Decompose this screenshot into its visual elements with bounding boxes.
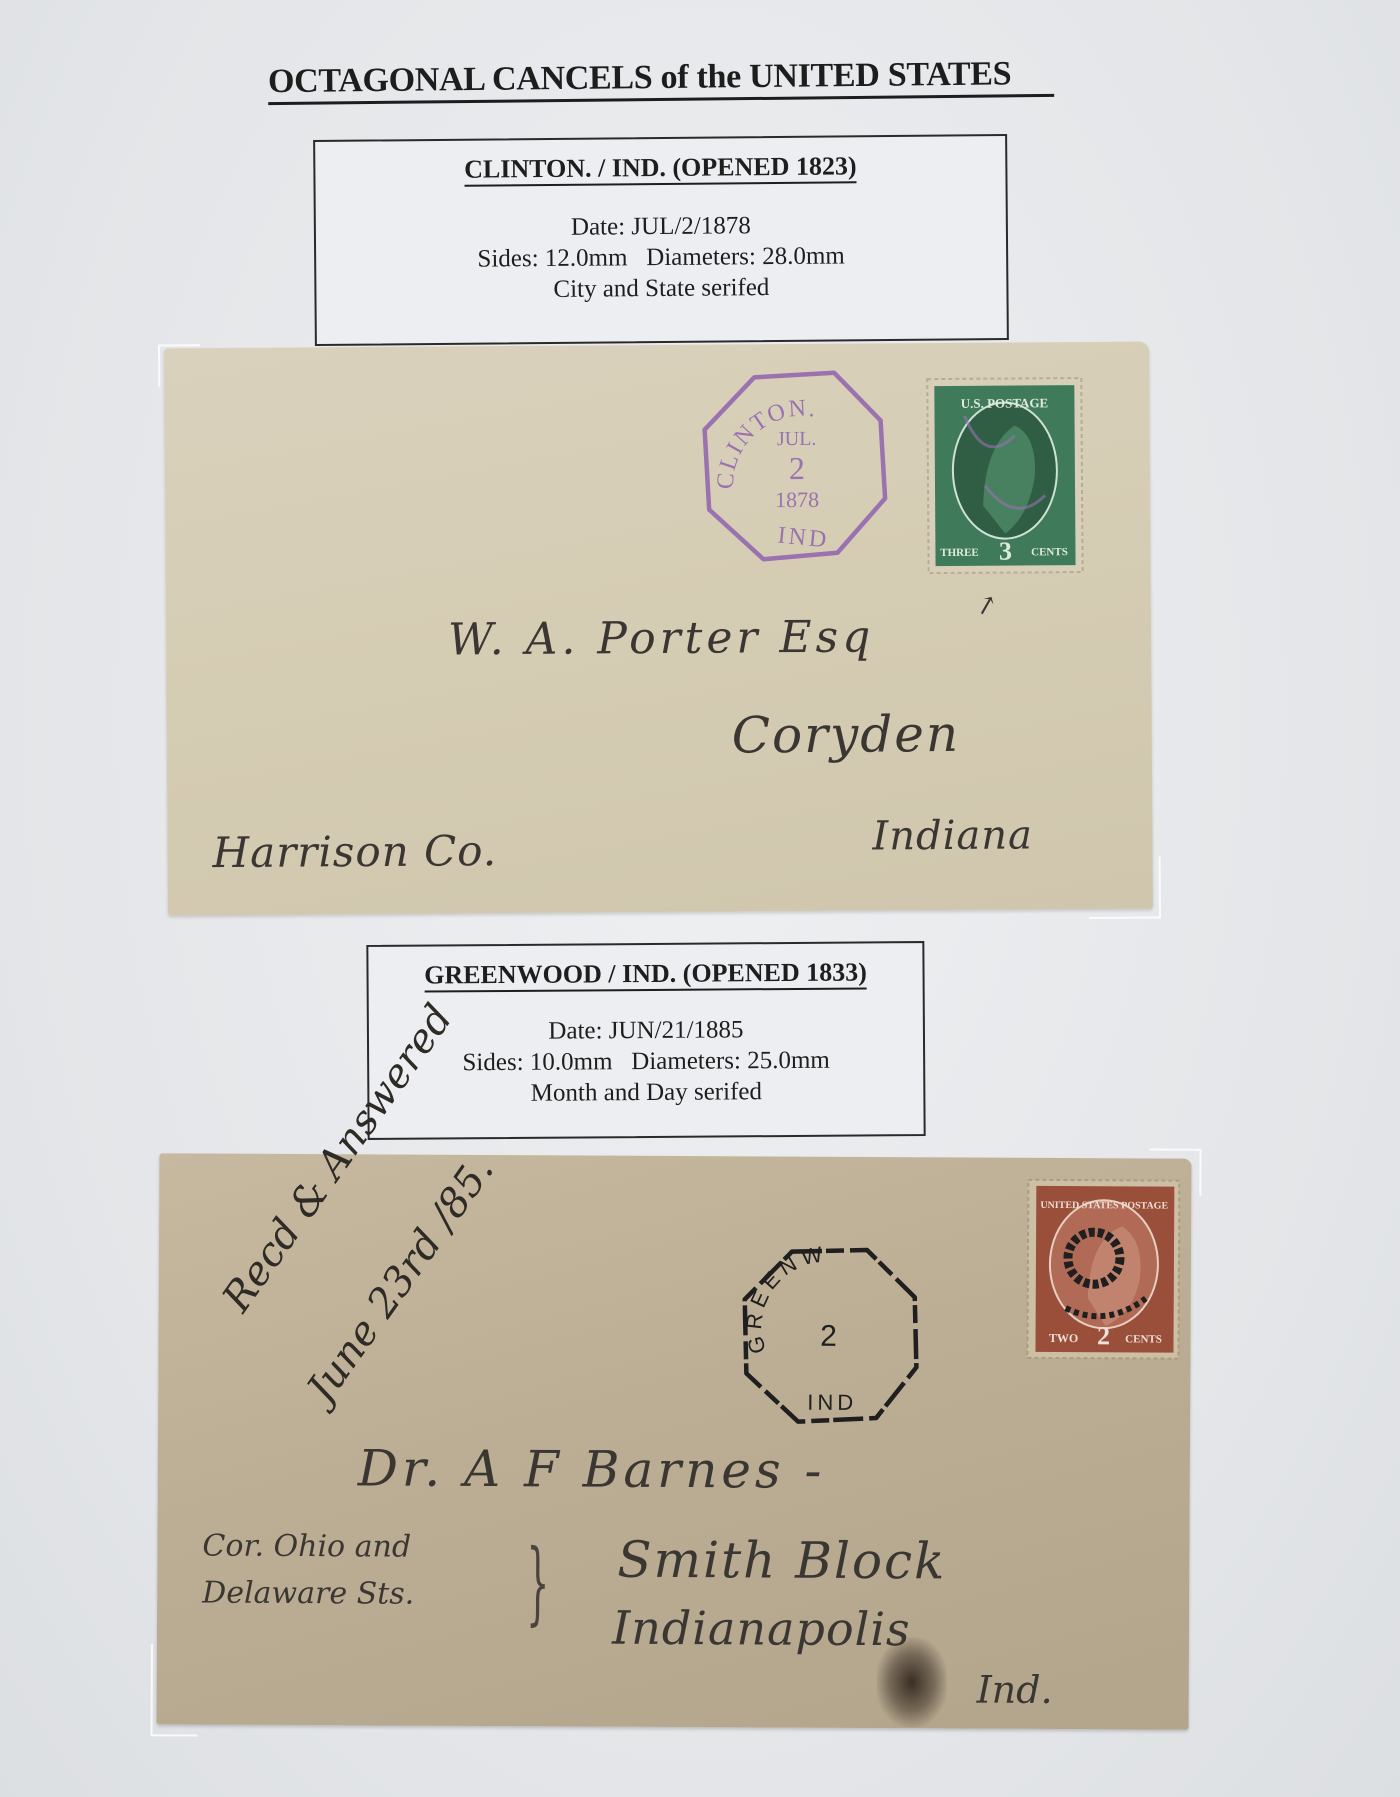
address-line-3: Indianapolis [612,1601,911,1657]
mount-corner [1089,857,1161,920]
svg-text:TWO: TWO [1049,1331,1078,1345]
address-county: Harrison Co. [212,826,497,877]
brace-mark: } [526,1530,549,1635]
cancel-state: IND [777,523,831,554]
octagonal-cancel: CLINTON. JUL. 2 1878 IND [684,368,905,570]
mount-corner [158,344,200,386]
stamp-two-cents: UNITED STATES POSTAGE TWO 2 CENTS [1025,1178,1181,1361]
cancel-note: City and State serifed [316,270,1006,307]
octagonal-cancel: GREENW 2 IND [736,1241,927,1427]
svg-text:CENTS: CENTS [1031,546,1068,558]
address-line-3: Indiana [872,812,1033,859]
cover-header: CLINTON. / IND. (OPENED 1823) [464,151,857,186]
svg-text:GREENW: GREENW [741,1241,829,1356]
address-side-line-2: Delaware Sts. [202,1576,414,1612]
pencil-arrow: → [968,589,1005,623]
mount-corner [150,1644,197,1736]
stamp-top-text: U.S. POSTAGE [961,395,1049,411]
cancel-year: 1878 [775,487,819,512]
svg-text:CENTS: CENTS [1125,1333,1162,1345]
page-title: OCTAGONAL CANCELS of the UNITED STATES [268,54,1054,105]
stamp-top-text: UNITED STATES POSTAGE [1040,1200,1168,1212]
envelope-greenwood: Recd & Answered June 23rd /85. GREENW 2 … [157,1153,1192,1729]
cancel-note: Month and Day serifed [369,1075,923,1110]
cancel-town: GREENW [741,1241,829,1356]
address-line-1: Dr. A F Barnes - [358,1439,826,1499]
album-page: OCTAGONAL CANCELS of the UNITED STATES C… [0,0,1400,1797]
cancel-day: 2 [789,450,805,486]
cover-header: GREENWOOD / IND. (OPENED 1833) [424,957,867,992]
cancel-day: 2 [820,1320,837,1353]
address-line-2: Smith Block [617,1531,946,1591]
address-side-line-1: Cor. Ohio and [202,1529,411,1565]
envelope-clinton: CLINTON. JUL. 2 1878 IND U.S. POSTAGE TH… [164,342,1153,916]
cancel-dimensions: Sides: 10.0mm Diameters: 25.0mm [369,1044,923,1079]
cover-info-box-clinton: CLINTON. / IND. (OPENED 1823) Date: JUL/… [313,134,1009,346]
cancel-state: IND [807,1390,857,1415]
stamp-value: 2 [1097,1321,1110,1350]
stamp-three-cents: U.S. POSTAGE THREE 3 CENTS [924,375,1085,576]
svg-text:THREE: THREE [940,547,979,559]
cancel-month: JUL. [777,428,817,450]
address-line-4: Ind. [977,1668,1053,1712]
address-line-2: Coryden [732,705,961,765]
cover-info-box-greenwood: GREENWOOD / IND. (OPENED 1833) Date: JUN… [366,941,925,1140]
stamp-value: 3 [999,537,1012,566]
ink-stain [877,1637,947,1727]
address-line-1: W. A. Porter Esq [448,611,875,665]
